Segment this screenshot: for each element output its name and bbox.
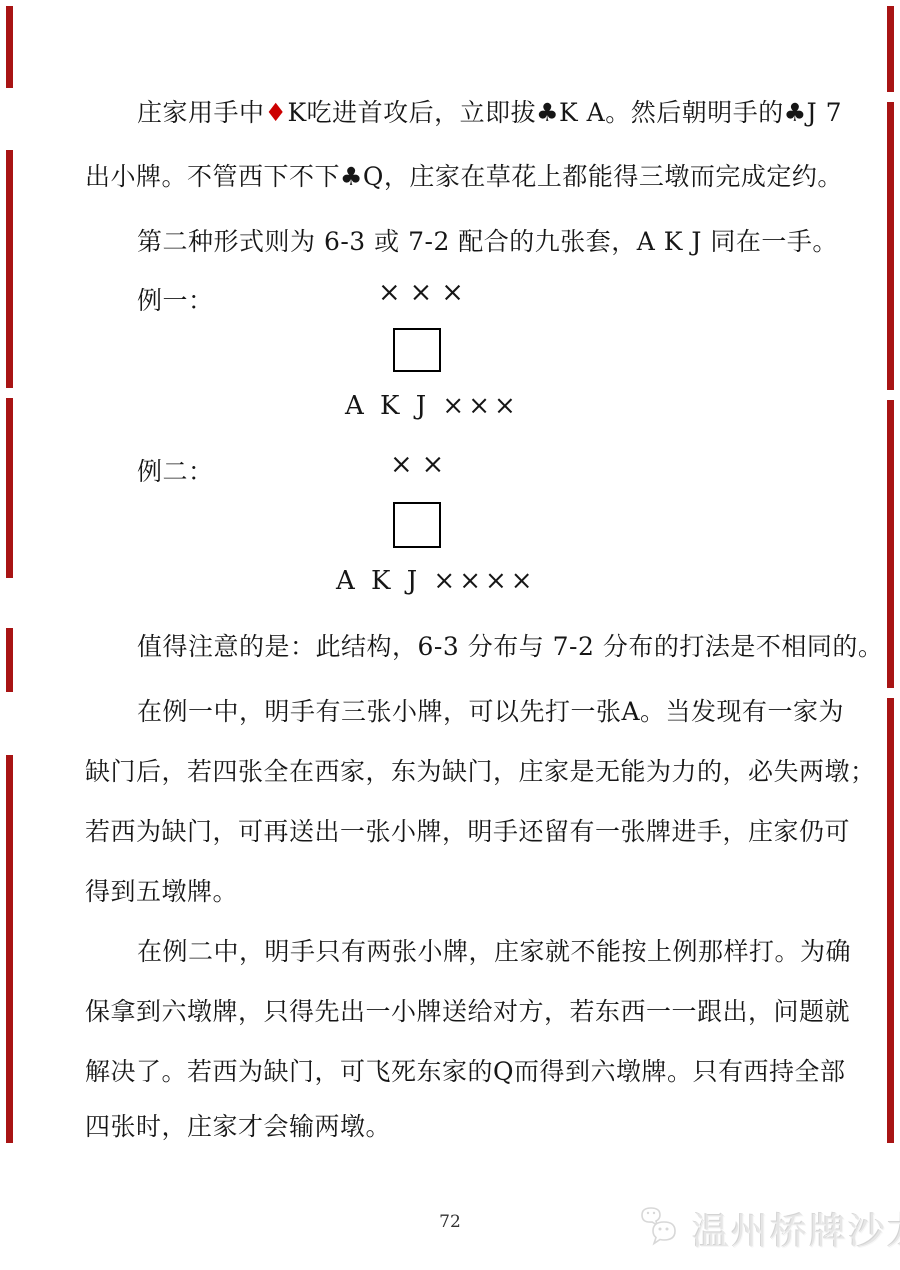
- text-run: K吃进首攻后，立即拔♣K A。然后朝明手的♣J 7: [287, 98, 842, 127]
- left-edge-mark: [6, 6, 13, 88]
- wechat-logo-icon: [636, 1202, 684, 1254]
- example2-declarer-box: [393, 502, 441, 548]
- left-edge-mark: [6, 398, 13, 578]
- diamond-suit-symbol: ♦: [265, 98, 288, 127]
- right-edge-mark: [887, 698, 894, 1143]
- example2-south-cards: A K J ××××: [336, 566, 537, 596]
- paragraph-line: 缺门后，若四张全在西家，东为缺门，庄家是无能为力的，必失两墩；: [85, 752, 876, 788]
- text-run: 庄家用手中: [137, 98, 265, 127]
- right-edge-mark: [887, 400, 894, 688]
- paragraph-line: 值得注意的是：此结构，6-3 分布与 7-2 分布的打法是不相同的。: [137, 627, 883, 663]
- example1-label: 例一：: [137, 281, 214, 317]
- example1-south-cards: A K J ×××: [345, 391, 520, 421]
- example2-north-cards: ××: [390, 449, 453, 480]
- paragraph-line: 庄家用手中♦K吃进首攻后，立即拔♣K A。然后朝明手的♣J 7: [137, 93, 842, 129]
- left-edge-mark: [6, 755, 13, 1143]
- paragraph-line: 出小牌。不管西下不下♣Q，庄家在草花上都能得三墩而完成定约。: [85, 157, 843, 193]
- paragraph-line: 保拿到六墩牌，只得先出一小牌送给对方，若东西一一跟出，问题就: [85, 992, 850, 1028]
- example2-label: 例二：: [137, 452, 214, 488]
- watermark: 温州桥牌沙龙: [636, 1201, 900, 1255]
- paragraph-line: 在例二中，明手只有两张小牌，庄家就不能按上例那样打。为确: [137, 932, 851, 968]
- right-edge-mark: [887, 102, 894, 390]
- watermark-text: 温州桥牌沙龙: [692, 1201, 900, 1255]
- right-edge-mark: [887, 6, 894, 92]
- left-edge-mark: [6, 150, 13, 388]
- left-edge-mark: [6, 628, 13, 692]
- paragraph-line: 在例一中，明手有三张小牌，可以先打一张A。当发现有一家为: [137, 692, 844, 728]
- book-page: 庄家用手中♦K吃进首攻后，立即拔♣K A。然后朝明手的♣J 7 出小牌。不管西下…: [0, 0, 900, 1270]
- example1-declarer-box: [393, 328, 441, 372]
- paragraph-line: 解决了。若西为缺门，可飞死东家的Q而得到六墩牌。只有西持全部: [85, 1052, 846, 1088]
- paragraph-line: 第二种形式则为 6-3 或 7-2 配合的九张套，A K J 同在一手。: [137, 222, 838, 258]
- paragraph-line: 四张时，庄家才会输两墩。: [85, 1107, 391, 1143]
- paragraph-line: 得到五墩牌。: [85, 872, 238, 908]
- paragraph-line: 若西为缺门，可再送出一张小牌，明手还留有一张牌进手，庄家仍可: [85, 812, 850, 848]
- example1-north-cards: ×××: [378, 277, 473, 308]
